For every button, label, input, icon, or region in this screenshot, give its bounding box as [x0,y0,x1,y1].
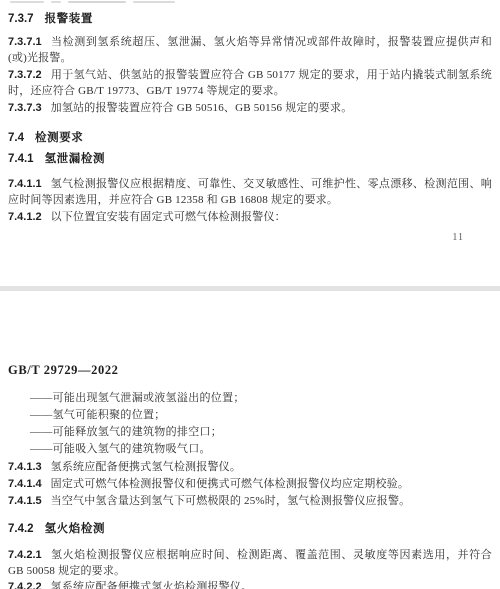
paragraph-text: 用于氢气站、供氢站的报警装置应符合 GB 50177 规定的要求，用于站内撬装式… [8,69,492,97]
clause-number: 7.4.2.1 [8,549,42,561]
page-11: 7.3.7报警装置 7.3.7.1当检测到氢系统超压、氢泄漏、氢火焰等异常情况或… [0,0,500,286]
clause-paragraphs-7-4-1: 7.4.1.1氢气检测报警仪应根据精度、可靠性、交叉敏感性、可维护性、零点漂移、… [8,176,492,225]
page-number: 11 [8,232,492,243]
clause-number: 7.4.2 [8,523,34,535]
running-header: GB/T 29729—2022 [8,364,492,377]
paragraph-7-3-7-3: 7.3.7.3加氢站的报警装置应符合 GB 50516、GB 50156 规定的… [8,100,492,116]
clause-number: 7.4 [8,132,24,144]
clause-number: 7.4.1.2 [8,211,42,223]
clause-heading-7-4-1: 7.4.1氢泄漏检测 [8,153,492,165]
clause-heading-7-4: 7.4检测要求 [8,132,492,144]
paragraph-7-4-1-2: 7.4.1.2以下位置宜安装有固定式可燃气体检测报警仪： [8,209,492,225]
paragraph-text: 固定式可燃气体检测报警仪和便携式可燃气体检测报警仪均应定期校验。 [51,478,409,490]
clause-number: 7.4.2.2 [8,581,42,589]
list-item: ——可能释放氢气的建筑物的排空口； [30,424,492,441]
clause-title: 氢火焰检测 [45,523,106,535]
clause-paragraphs-7-3-7: 7.3.7.1当检测到氢系统超压、氢泄漏、氢火焰等异常情况或部件故障时，报警装置… [8,34,492,116]
paragraph-text: 氢系统应配备便携式氢火焰检测报警仪。 [51,581,253,589]
list-item: ——可能吸入氢气的建筑物吸气口。 [30,441,492,458]
clause-number: 7.3.7.1 [8,36,42,48]
clause-number: 7.4.1.4 [8,478,42,490]
paragraph-text: 以下位置宜安装有固定式可燃气体检测报警仪： [51,211,286,223]
paragraph-7-3-7-1: 7.3.7.1当检测到氢系统超压、氢泄漏、氢火焰等异常情况或部件故障时，报警装置… [8,34,492,67]
clause-number: 7.4.1 [8,153,34,165]
clause-number: 7.4.1.1 [8,178,42,190]
paragraph-text: 当空气中氢含量达到氢气下可燃极限的 25%时，氢气检测报警仪应报警。 [51,495,411,507]
clause-title: 氢泄漏检测 [45,153,106,165]
page-12: GB/T 29729—2022 ——可能出现氢气泄漏或液氢溢出的位置； ——氢气… [0,291,500,589]
clause-number: 7.3.7.3 [8,102,42,114]
clause-number: 7.4.1.5 [8,495,42,507]
clause-title: 报警装置 [45,13,93,25]
clipped-text-remnant [8,0,492,3]
document-view: 7.3.7报警装置 7.3.7.1当检测到氢系统超压、氢泄漏、氢火焰等异常情况或… [0,0,500,589]
paragraph-text: 当检测到氢系统超压、氢泄漏、氢火焰等异常情况或部件故障时，报警装置应提供声和(或… [8,36,492,64]
paragraph-7-3-7-2: 7.3.7.2用于氢气站、供氢站的报警装置应符合 GB 50177 规定的要求，… [8,67,492,100]
paragraph-7-4-1-3: 7.4.1.3氢系统应配备便携式氢气检测报警仪。 [8,459,492,476]
clause-number: 7.4.1.3 [8,461,42,473]
paragraph-7-4-1-4: 7.4.1.4固定式可燃气体检测报警仪和便携式可燃气体检测报警仪均应定期校验。 [8,476,492,493]
clause-paragraphs-7-4-1-continued: 7.4.1.3氢系统应配备便携式氢气检测报警仪。 7.4.1.4固定式可燃气体检… [8,459,492,510]
paragraph-text: 加氢站的报警装置应符合 GB 50516、GB 50156 规定的要求。 [51,102,353,114]
list-item: ——可能出现氢气泄漏或液氢溢出的位置； [30,390,492,407]
clause-number: 7.3.7 [8,13,34,25]
list-item: ——氢气可能积聚的位置； [30,407,492,424]
paragraph-text: 氢气检测报警仪应根据精度、可靠性、交叉敏感性、可维护性、零点漂移、检测范围、响应… [8,178,492,206]
clause-paragraphs-7-4-2: 7.4.2.1氢火焰检测报警仪应根据响应时间、检测距离、覆盖范围、灵敏度等因素选… [8,547,492,589]
paragraph-text: 氢系统应配备便携式氢气检测报警仪。 [51,461,241,473]
clause-number: 7.3.7.2 [8,69,42,81]
clause-heading-7-4-2: 7.4.2氢火焰检测 [8,523,492,535]
paragraph-7-4-1-1: 7.4.1.1氢气检测报警仪应根据精度、可靠性、交叉敏感性、可维护性、零点漂移、… [8,176,492,209]
paragraph-7-4-2-2: 7.4.2.2氢系统应配备便携式氢火焰检测报警仪。 [8,579,492,589]
clause-heading-7-3-7: 7.3.7报警装置 [8,13,492,25]
paragraph-text: 氢火焰检测报警仪应根据响应时间、检测距离、覆盖范围、灵敏度等因素选用，并符合 G… [8,549,492,577]
paragraph-7-4-2-1: 7.4.2.1氢火焰检测报警仪应根据响应时间、检测距离、覆盖范围、灵敏度等因素选… [8,547,492,579]
clause-title: 检测要求 [35,132,83,144]
dash-list: ——可能出现氢气泄漏或液氢溢出的位置； ——氢气可能积聚的位置； ——可能释放氢… [8,390,492,458]
paragraph-7-4-1-5: 7.4.1.5当空气中氢含量达到氢气下可燃极限的 25%时，氢气检测报警仪应报警… [8,493,492,510]
